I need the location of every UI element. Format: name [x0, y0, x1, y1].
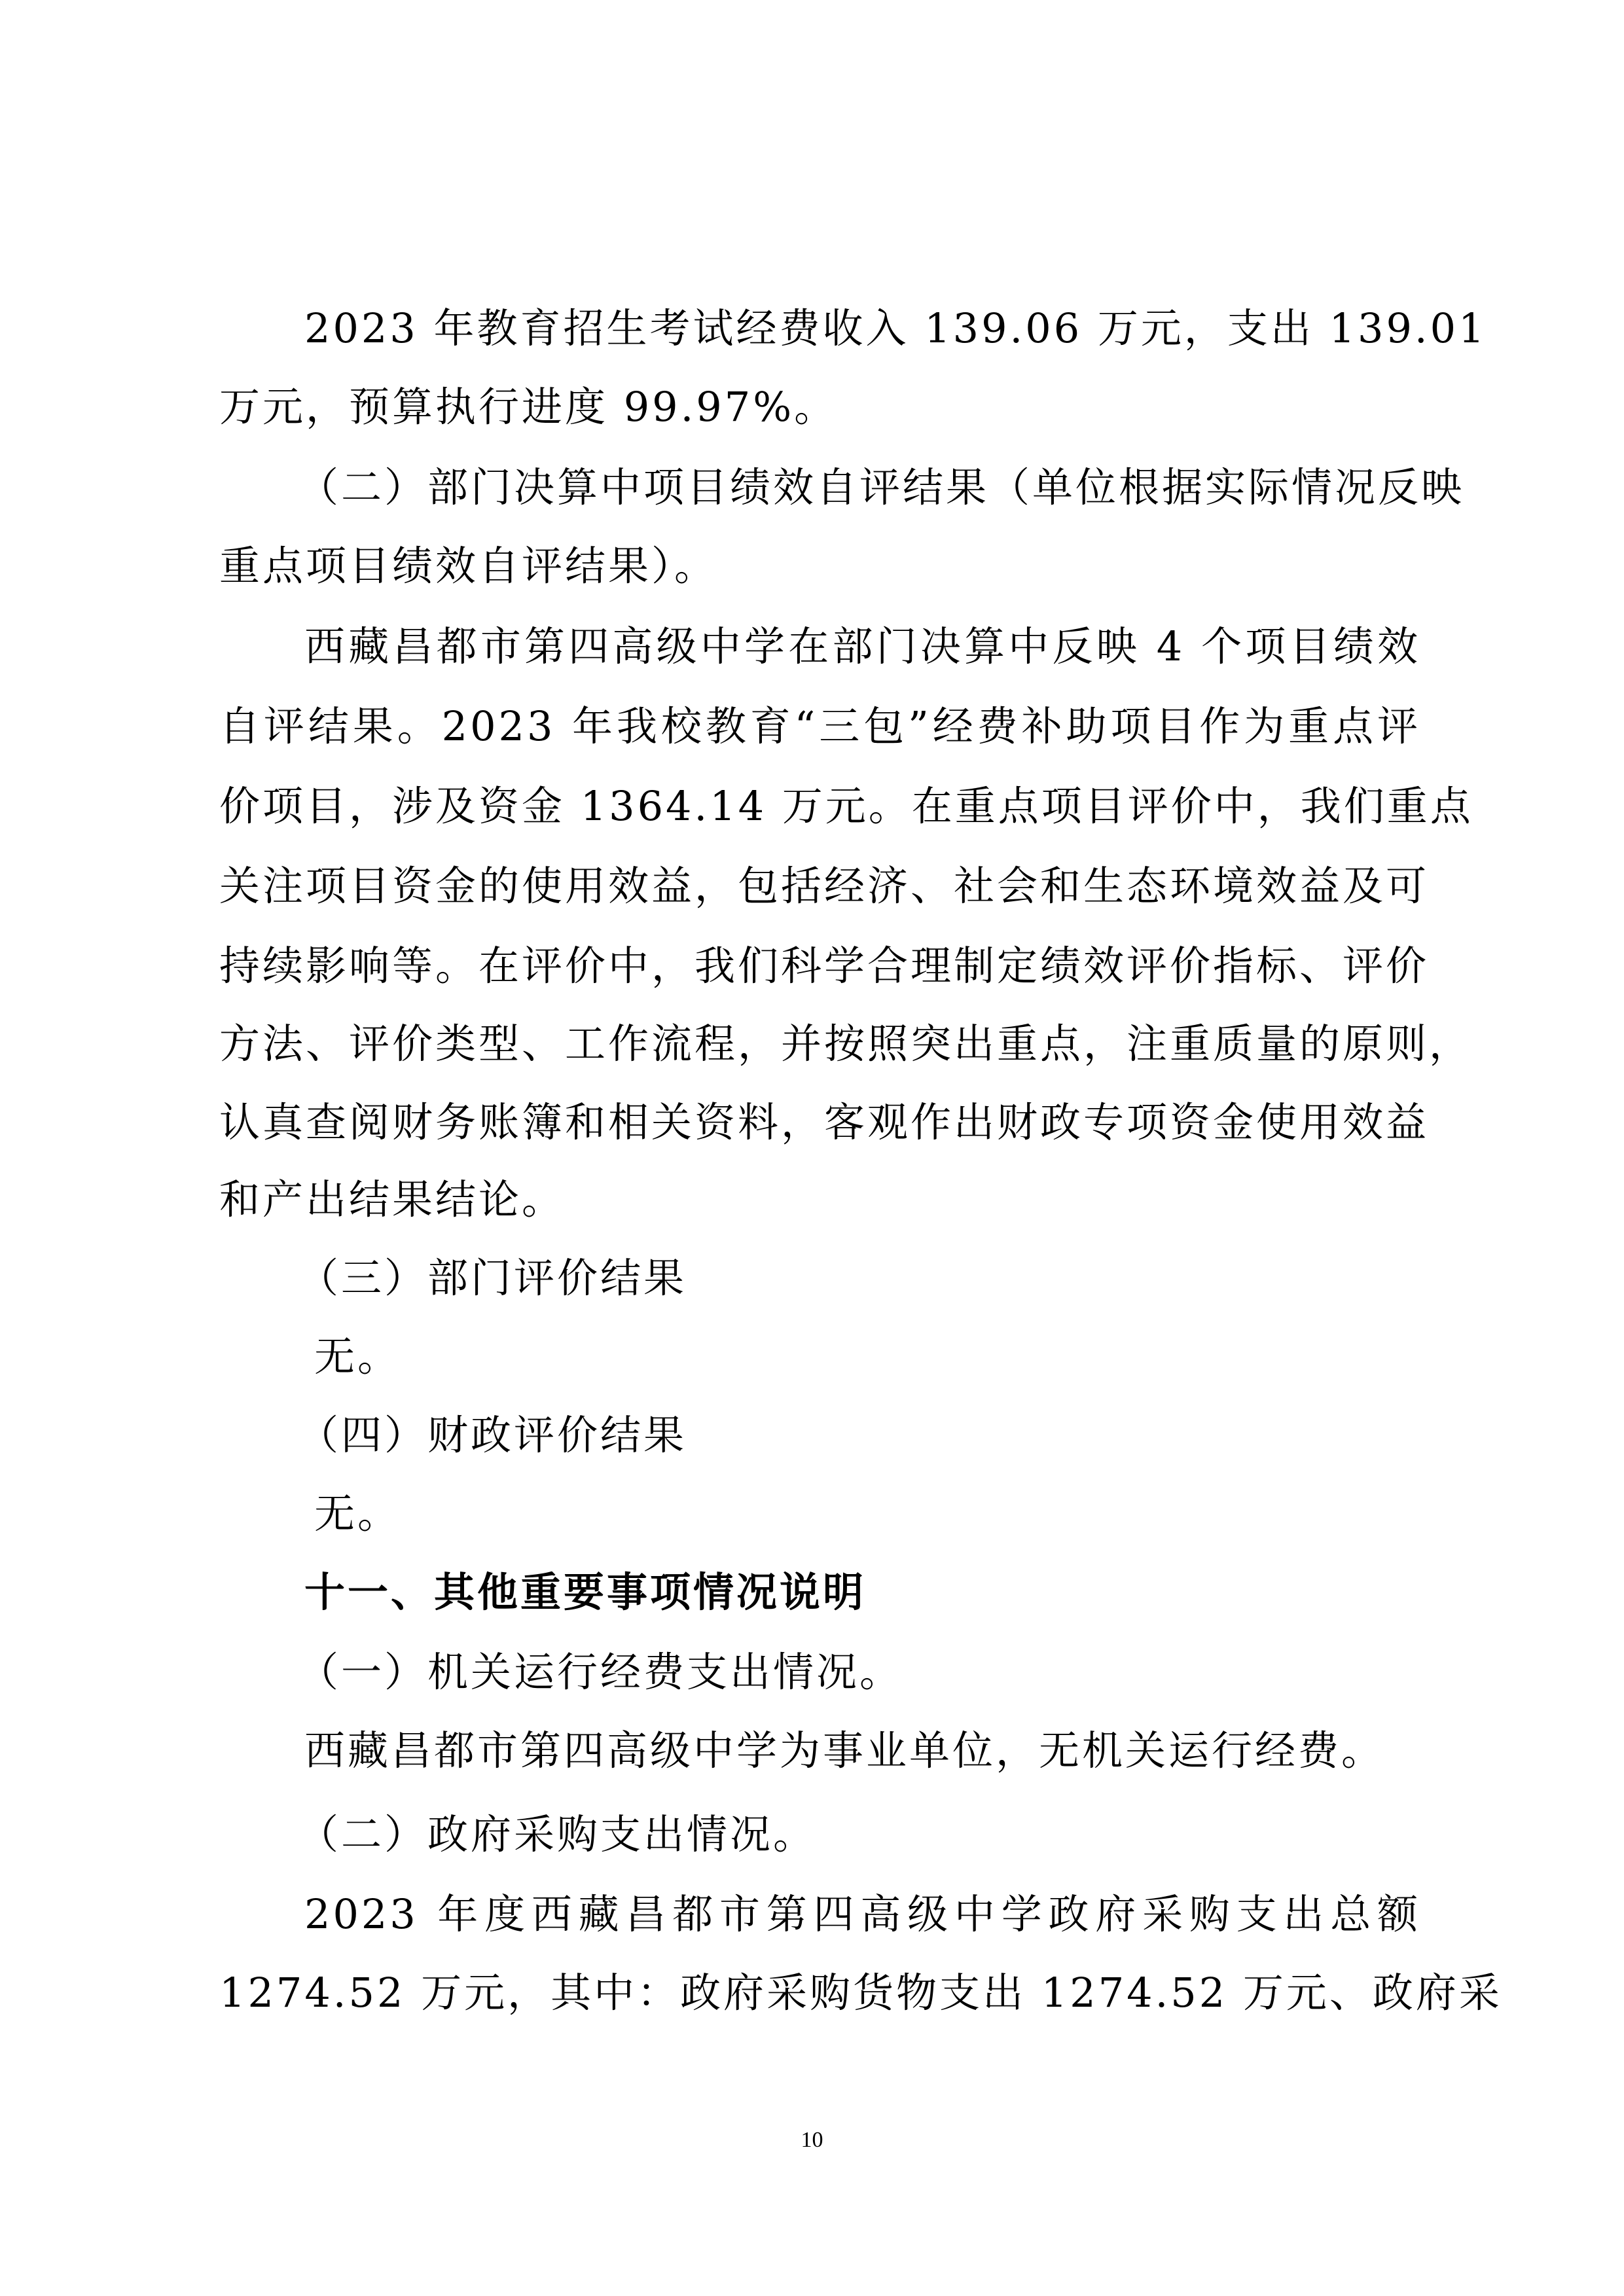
- section-heading-other-matters: 十一、其他重要事项情况说明: [304, 1566, 1420, 1619]
- subheading-finance-evaluation: （四）财政评价结果: [298, 1409, 1499, 1462]
- document-page: 2023 年教育招生考试经费收入 139.06 万元，支出 139.01 万元，…: [0, 0, 1624, 2296]
- evaluation-paragraph-line-6: 方法、评价类型、工作流程，并按照突出重点，注重质量的原则，: [219, 1018, 1420, 1070]
- evaluation-paragraph-line-4: 关注项目资金的使用效益，包括经济、社会和生态环境效益及可: [219, 860, 1420, 912]
- evaluation-paragraph-line-5: 持续影响等。在评价中，我们科学合理制定绩效评价指标、评价: [219, 940, 1420, 992]
- government-procurement-line-2: 1274.52 万元，其中：政府采购货物支出 1274.52 万元、政府采: [219, 1967, 1420, 2019]
- subheading-government-procurement: （二）政府采购支出情况。: [298, 1808, 1499, 1861]
- subheading-project-self-evaluation-line-2: 重点项目绩效自评结果）。: [219, 540, 1420, 592]
- evaluation-paragraph-line-1: 西藏昌都市第四高级中学在部门决算中反映 4 个项目绩效: [304, 620, 1420, 673]
- evaluation-paragraph-line-8: 和产出结果结论。: [219, 1174, 1420, 1226]
- exam-fund-line-2: 万元，预算执行进度 99.97%。: [219, 381, 1420, 433]
- exam-fund-line-1: 2023 年教育招生考试经费收入 139.06 万元，支出 139.01: [304, 302, 1420, 355]
- evaluation-paragraph-line-3: 价项目，涉及资金 1364.14 万元。在重点项目评价中，我们重点: [219, 780, 1420, 833]
- finance-evaluation-none: 无。: [314, 1488, 1515, 1540]
- subheading-operating-expenses: （一）机关运行经费支出情况。: [298, 1646, 1499, 1698]
- page-number: 10: [0, 2127, 1624, 2153]
- subheading-department-evaluation: （三）部门评价结果: [298, 1252, 1499, 1304]
- evaluation-paragraph-line-7: 认真查阅财务账簿和相关资料，客观作出财政专项资金使用效益: [219, 1096, 1420, 1149]
- department-evaluation-none: 无。: [314, 1331, 1515, 1383]
- evaluation-paragraph-line-2: 自评结果。2023 年我校教育“三包”经费补助项目作为重点评: [219, 700, 1420, 753]
- operating-expenses-body: 西藏昌都市第四高级中学为事业单位，无机关运行经费。: [304, 1725, 1420, 1777]
- subheading-project-self-evaluation-line-1: （二）部门决算中项目绩效自评结果（单位根据实际情况反映: [298, 461, 1420, 514]
- government-procurement-line-1: 2023 年度西藏昌都市第四高级中学政府采购支出总额: [304, 1888, 1420, 1941]
